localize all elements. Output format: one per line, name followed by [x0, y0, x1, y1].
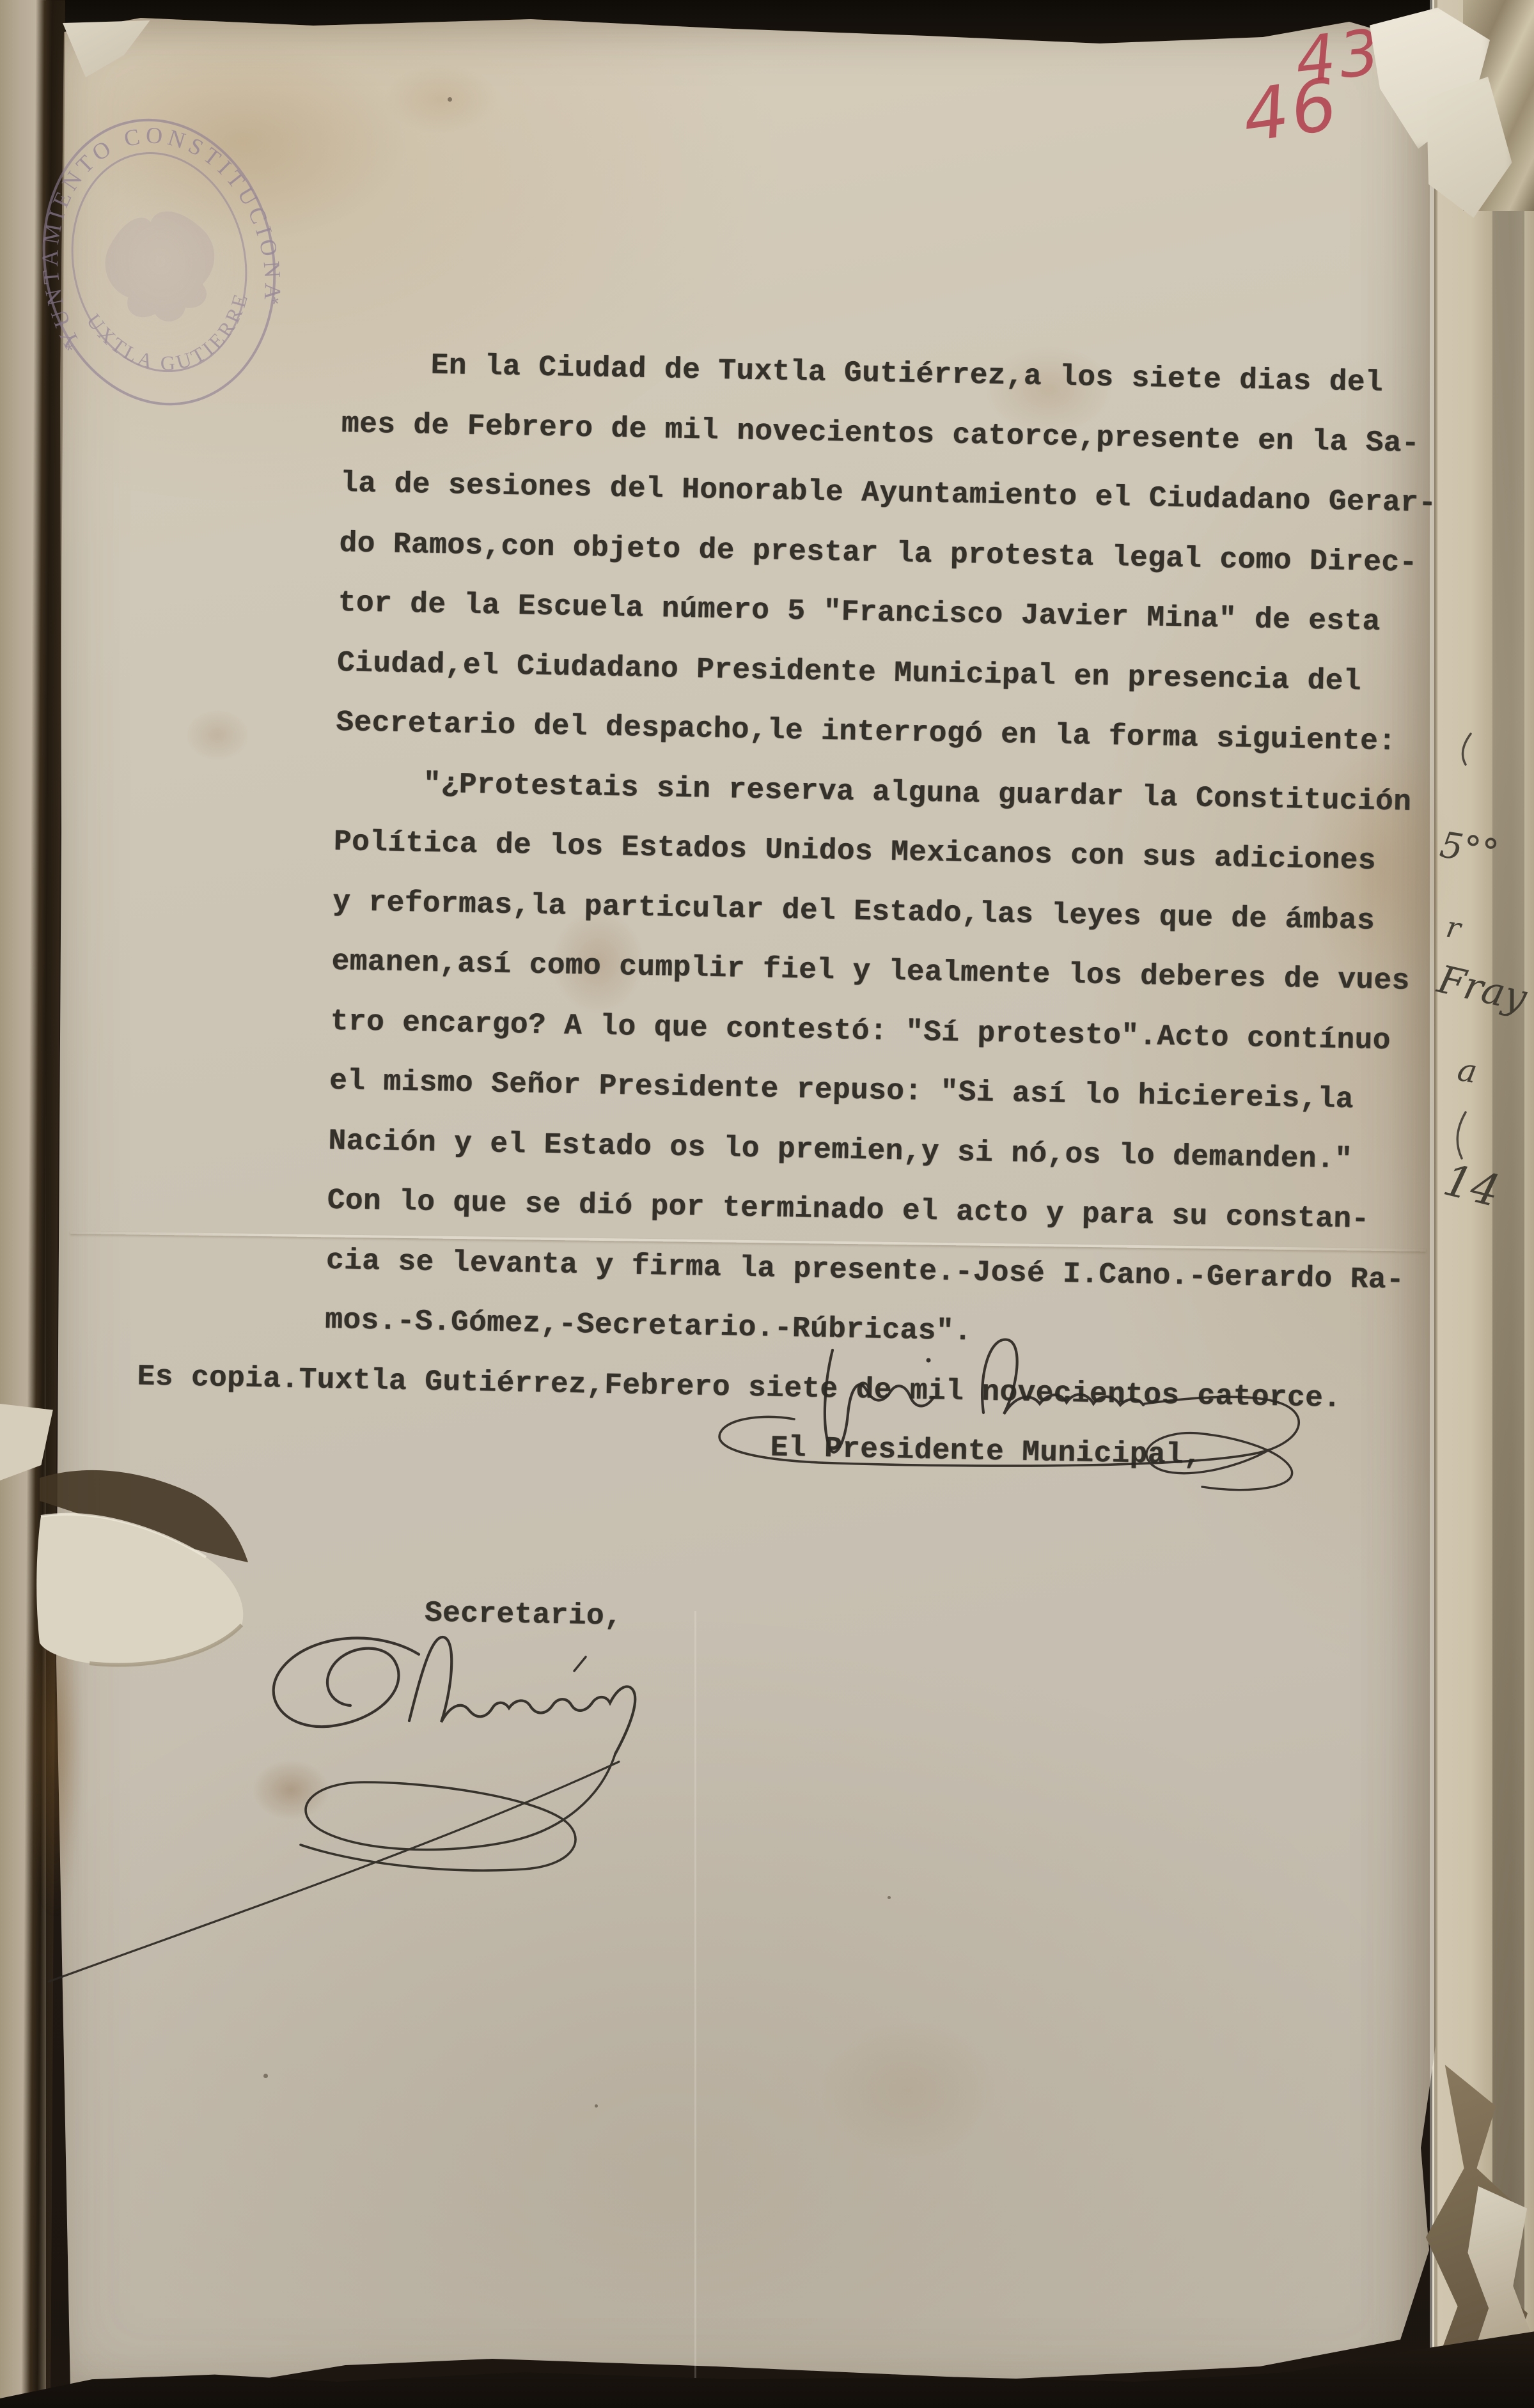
- paper-tear: [36, 1470, 248, 1665]
- president-signature: [719, 1340, 1299, 1490]
- secretary-signature: [49, 1637, 635, 1982]
- marginalia-strokes: [1457, 734, 1471, 1158]
- scanned-document-page: AYUNTAMIENTO CONSTITUCIONAL TUXTLA GUTIE…: [0, 0, 1534, 2408]
